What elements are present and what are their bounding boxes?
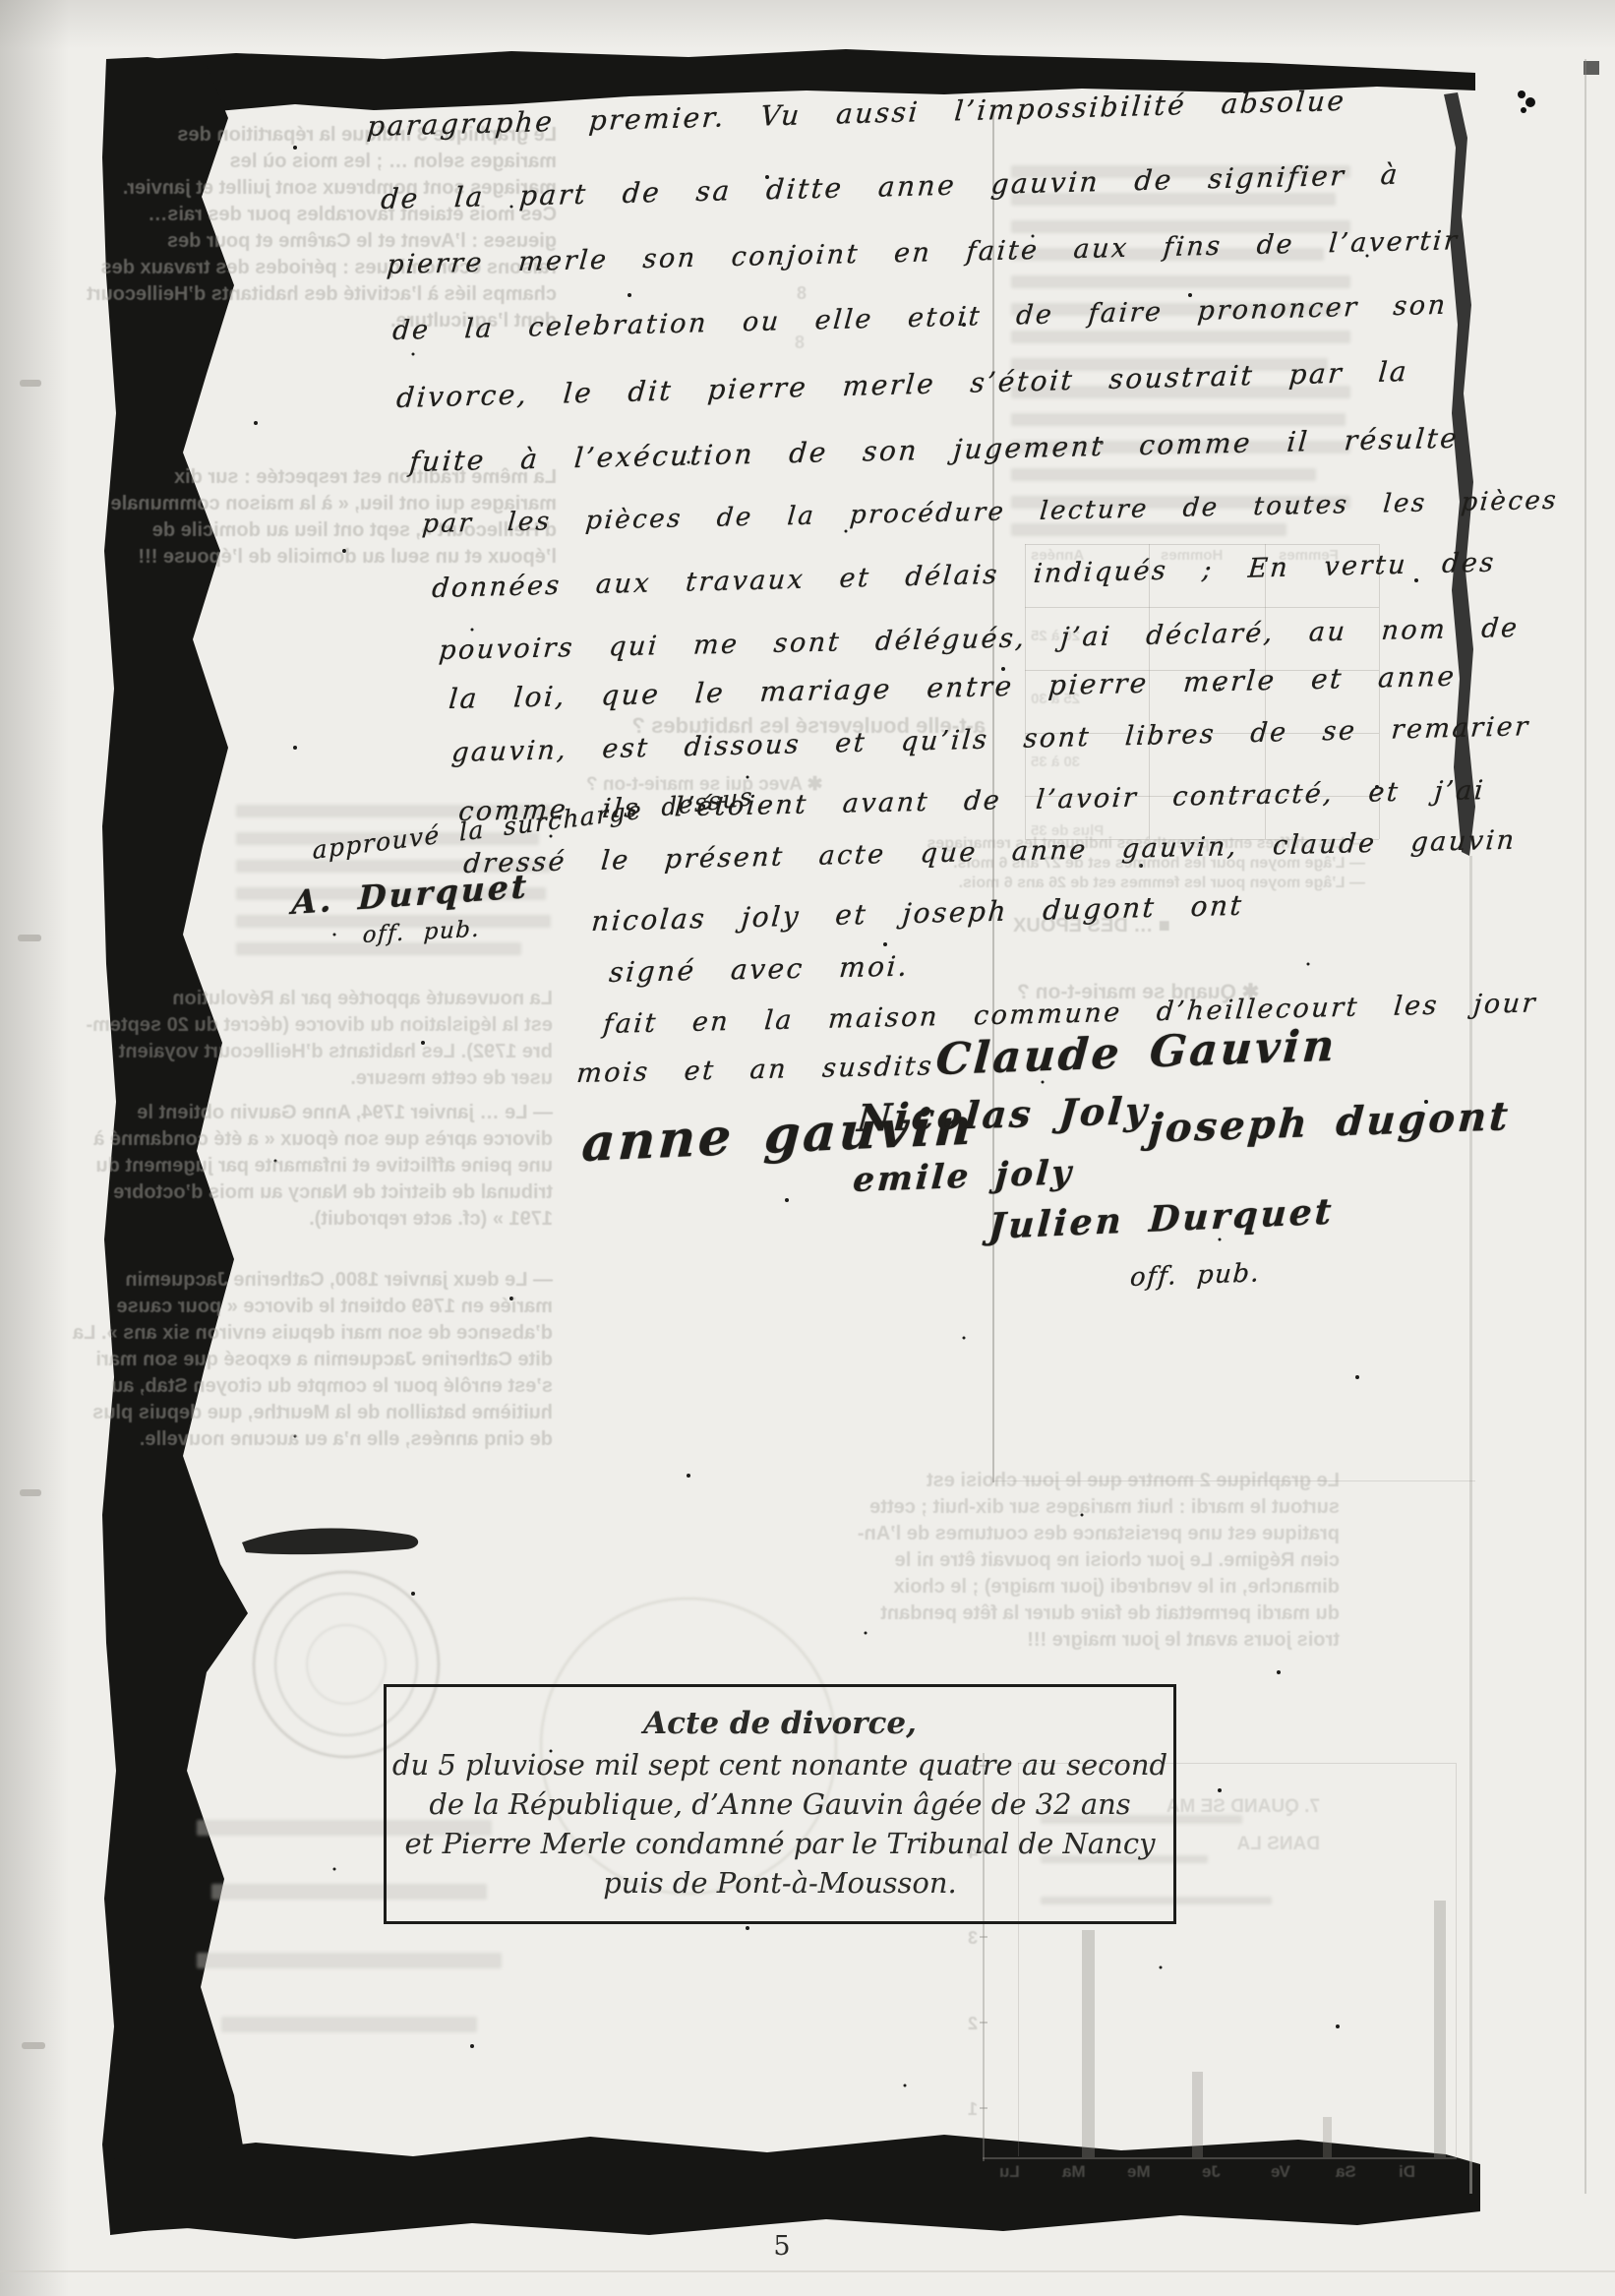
bleedthrough-text-block: La nouveauté apportée par la Révolutione… <box>228 986 553 1092</box>
handwritten-line: mois et an susdits <box>575 1051 935 1089</box>
bleedthrough-text: Je <box>1202 2162 1221 2182</box>
bleedthrough-rule <box>1323 2117 1332 2157</box>
handwritten-signature: Nicolas Joly <box>856 1088 1152 1140</box>
bleedthrough-rule <box>980 2107 987 2109</box>
bleedthrough-text: Di <box>1399 2162 1415 2182</box>
handwritten-line: pouvoirs qui me sont délégués, j’ai décl… <box>438 613 1521 666</box>
handwritten-line: par les pièces de la procédure lecture d… <box>421 486 1559 539</box>
bleedthrough-rule <box>1434 1901 1446 2157</box>
scan-left-shadow <box>0 0 69 2296</box>
handwritten-signature: joseph dugont <box>1147 1093 1512 1152</box>
bleedthrough-illegible-line <box>1011 413 1346 426</box>
handwritten-line: paragraphe premier. Vu aussi l’impossibi… <box>366 85 1347 143</box>
bleedthrough-text: 3 <box>968 1928 978 1949</box>
bleedthrough-text: Lu <box>999 2162 1020 2182</box>
bleedthrough-rule <box>1025 544 1379 545</box>
bleedthrough-text-block: Le graphique 3 indique la répartition de… <box>232 122 557 334</box>
bleedthrough-illegible-line <box>197 1953 502 1968</box>
bleedthrough-text-block: Le graphique 2 montre que le jour choisi… <box>1005 1468 1340 1654</box>
handwritten-line: nicolas joly et joseph dugont ont <box>590 889 1245 937</box>
bleedthrough-text: Me <box>1127 2162 1151 2182</box>
bleedthrough-text-block: — Le deux janvier 1800, Catherine Jacque… <box>228 1267 553 1453</box>
bleedthrough-rule <box>980 1936 987 1938</box>
handwritten-line: de la part de sa ditte anne gauvin de si… <box>380 158 1401 215</box>
handwritten-line: gauvin, est dissous et qu’ils sont libre… <box>450 711 1531 768</box>
bleedthrough-rule <box>1585 59 1586 2194</box>
scanned-book-page: { "page": { "number": "5" }, "colors": {… <box>0 0 1615 2296</box>
caption-line: puis de Pont-à-Mousson. <box>603 1863 957 1903</box>
bleedthrough-text: 1 <box>968 2099 978 2120</box>
bleedthrough-text: 30 à 35 <box>1031 754 1080 770</box>
handwritten-line: la loi, que le mariage entre pierre merl… <box>448 660 1458 715</box>
bleedthrough-illegible-line <box>221 2017 477 2032</box>
bleedthrough-text: 8 <box>797 283 807 304</box>
caption-title: Acte de divorce, <box>643 1706 917 1741</box>
handwritten-line: off. pub. <box>1129 1258 1261 1293</box>
caption-line: du 5 pluviose mil sept cent nonante quat… <box>392 1745 1167 1784</box>
bleedthrough-rule <box>1456 1763 1457 2156</box>
caption-line: et Pierre Merle condamné par le Tribunal… <box>405 1824 1156 1863</box>
handwritten-signature: A. Durquet <box>291 867 530 922</box>
page-number: 5 <box>0 2231 1564 2262</box>
bleedthrough-rule <box>1082 1930 1095 2157</box>
handwritten-line: signé avec moi. <box>608 950 911 989</box>
bleedthrough-rule <box>993 1480 1475 1481</box>
handwritten-line: divorce, le dit pierre merle s’étoit sou… <box>395 355 1410 414</box>
bleedthrough-rule <box>1025 607 1379 608</box>
handwritten-signature: Julien Durquet <box>987 1191 1336 1247</box>
scan-top-shadow <box>0 0 1615 49</box>
caption-box: Acte de divorce, du 5 pluviose mil sept … <box>384 1684 1176 1924</box>
bleedthrough-text: Ve <box>1271 2162 1290 2182</box>
handwritten-line: données aux travaux et délais indiqués ;… <box>431 547 1497 604</box>
bleedthrough-rule <box>1192 2072 1203 2157</box>
bleedthrough-illegible-line <box>1011 331 1350 343</box>
scan-bottom-edge <box>0 2270 1615 2272</box>
bleedthrough-illegible-line <box>1011 468 1316 481</box>
bleedthrough-text: Sa <box>1336 2162 1356 2182</box>
bleedthrough-rule <box>983 2157 1457 2159</box>
handwritten-line: dressé le présent acte que anne gauvin, … <box>462 825 1518 879</box>
caption-line: de la République, d’Anne Gauvin âgée de … <box>429 1784 1130 1824</box>
bleedthrough-text: 2 <box>968 2014 978 2034</box>
bleedthrough-rule <box>980 2022 987 2024</box>
bleedthrough-text: Ma <box>1062 2162 1086 2182</box>
handwritten-line: pierre merle son conjoint en faite aux f… <box>386 225 1461 280</box>
handwritten-signature: emile joly <box>852 1153 1075 1200</box>
bleedthrough-illegible-line <box>1011 275 1350 288</box>
bleedthrough-text-block: — Le … janvier 1794, Anne Gauvin obtient… <box>228 1100 553 1233</box>
